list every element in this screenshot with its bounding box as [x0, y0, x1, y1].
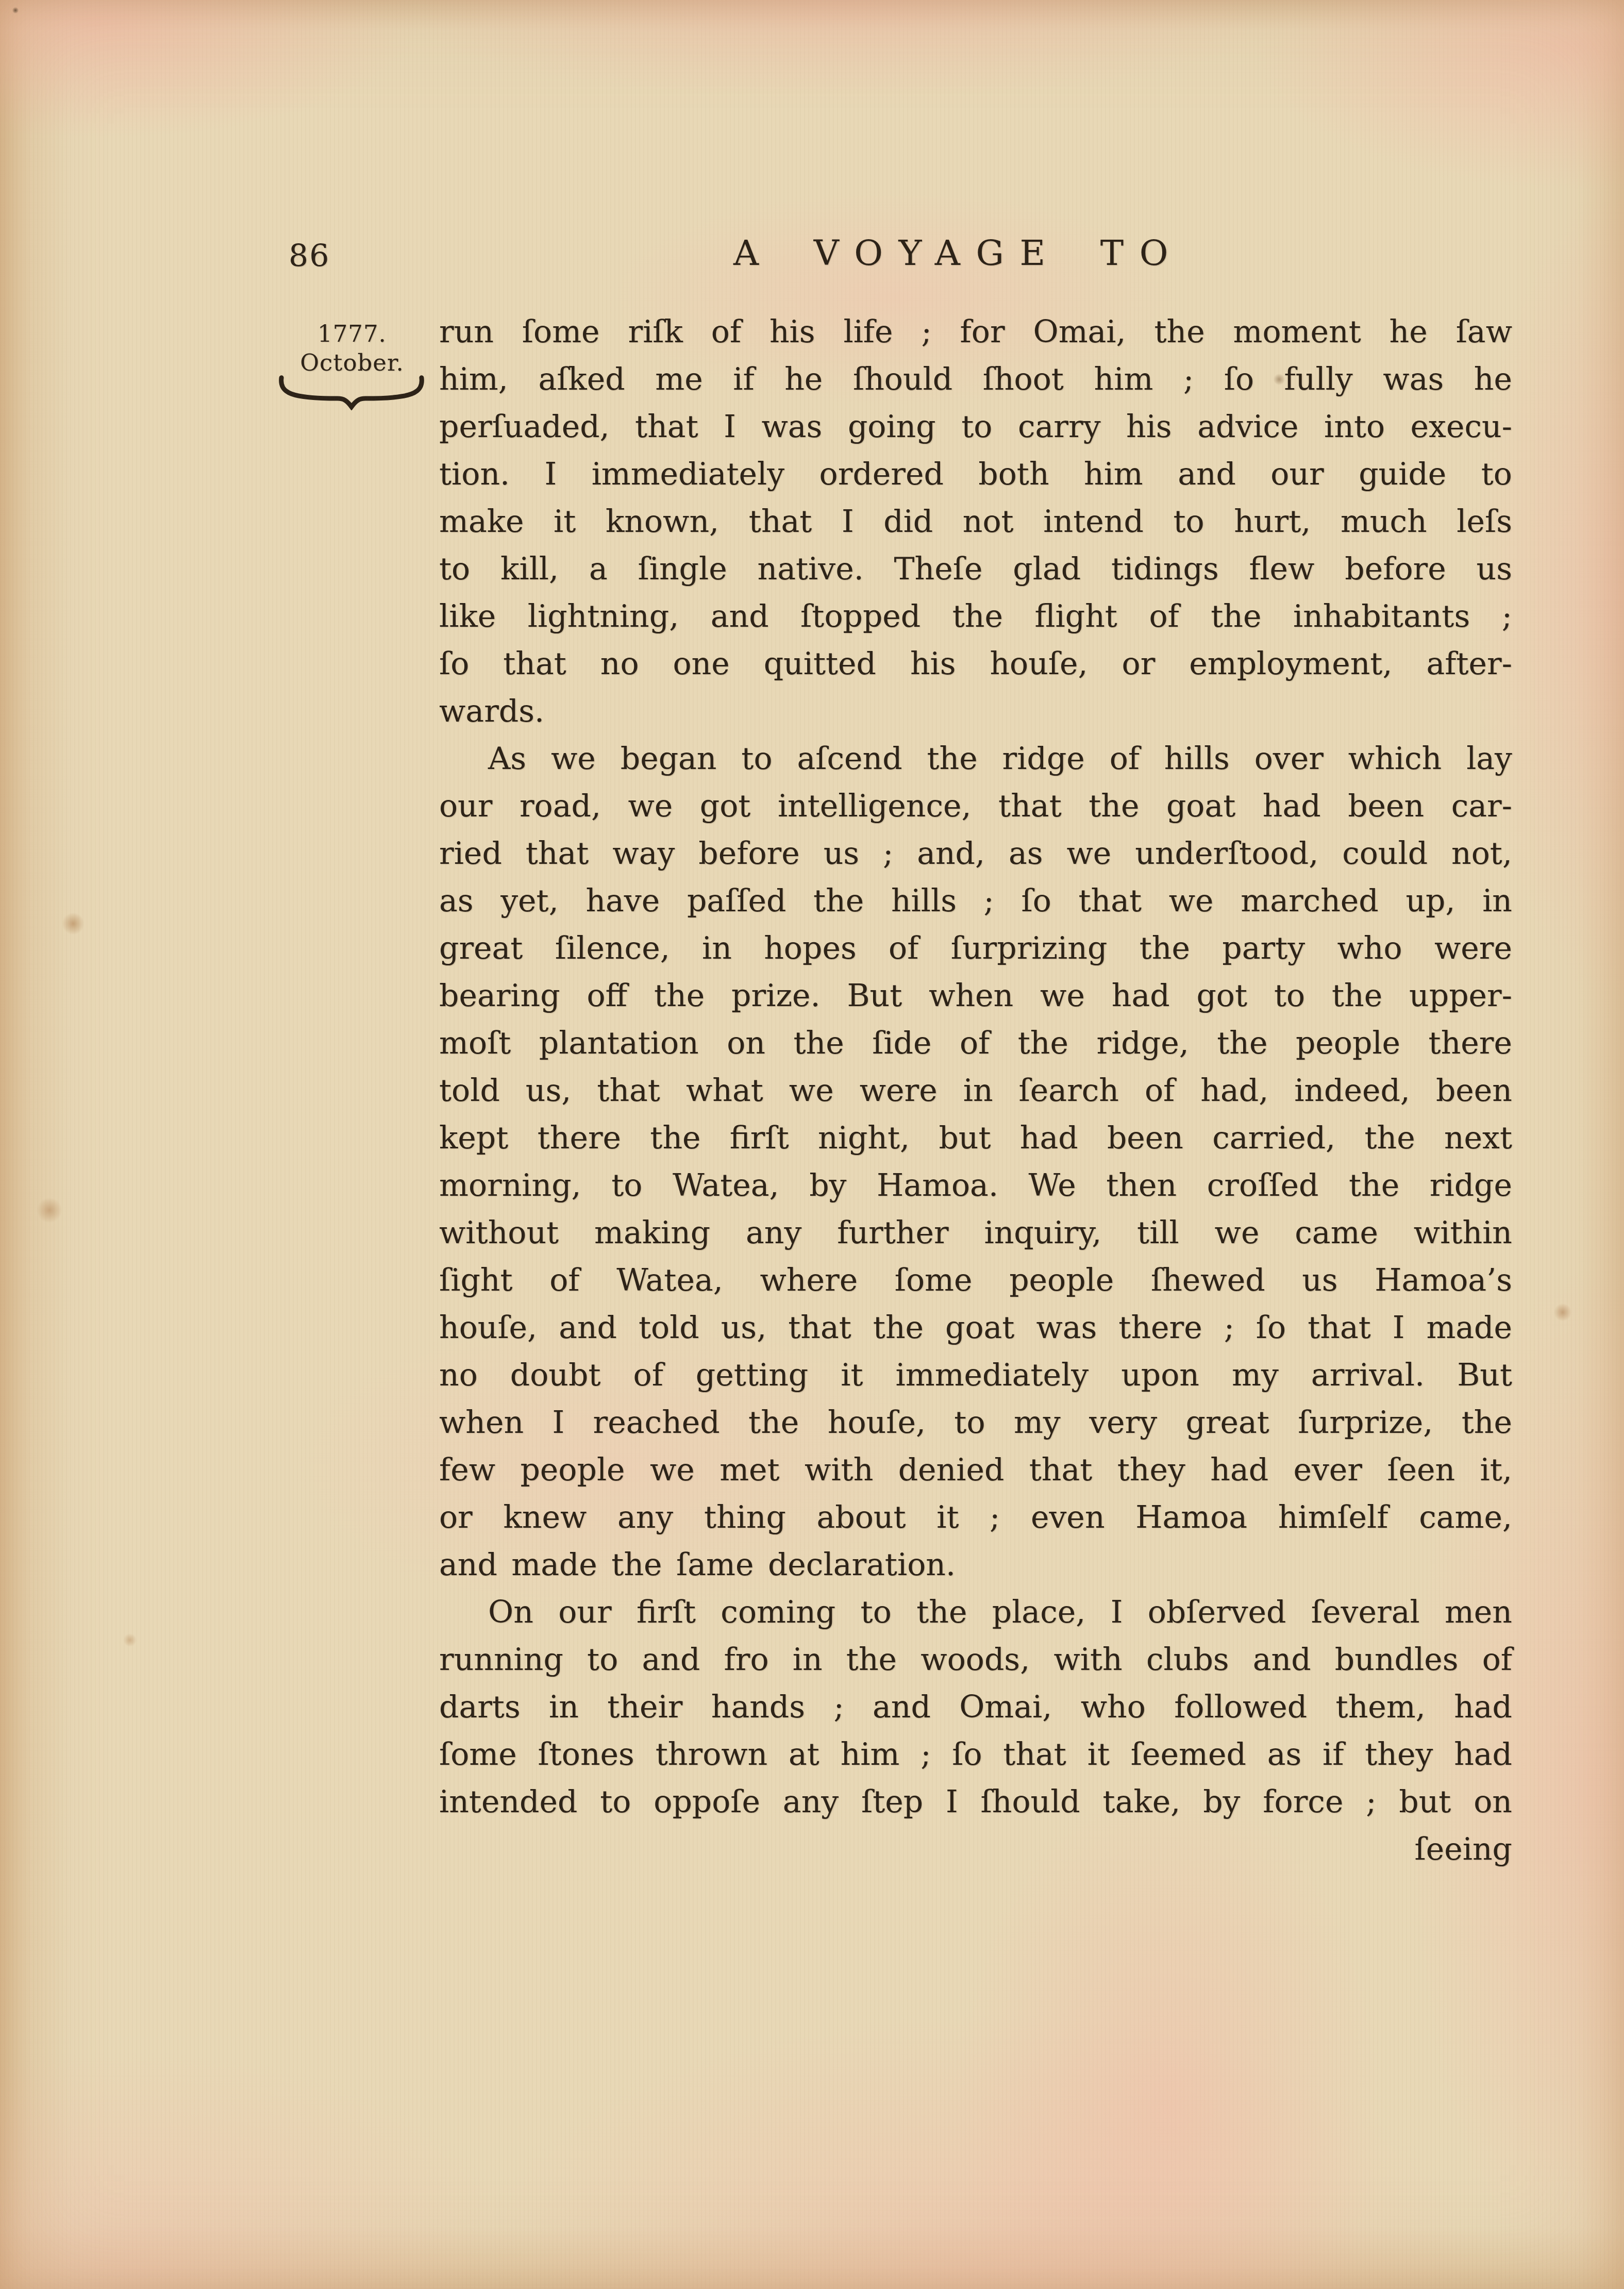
text-line: our road, we got intelligence, that the … — [439, 782, 1512, 830]
text-line: and made the ſame declaration. — [439, 1541, 1512, 1589]
text-line: ried that way before us ; and, as we und… — [439, 830, 1512, 877]
page-number: 86 — [289, 238, 330, 274]
text-line: no doubt of getting it immediately upon … — [439, 1351, 1512, 1399]
scanned-book-page: 86 A VOYAGE TO 1777. October. run ſome r… — [0, 0, 1624, 2289]
text-line: tion. I immediately ordered both him and… — [439, 450, 1512, 498]
catchword: ſeeing — [439, 1826, 1512, 1873]
text-line: when I reached the houſe, to my very gre… — [439, 1399, 1512, 1446]
text-line: intended to oppoſe any ſtep I ſhould tak… — [439, 1778, 1512, 1826]
text-line: as yet, have paſſed the hills ; ſo that … — [439, 877, 1512, 925]
text-line: great ſilence, in hopes of ſurprizing th… — [439, 925, 1512, 972]
text-line: running to and fro in the woods, with cl… — [439, 1636, 1512, 1683]
margin-note-year: 1777. — [282, 320, 422, 348]
margin-note: 1777. October. — [282, 320, 422, 377]
text-line: him, aſked me if he ſhould ſhoot him ; ſ… — [439, 356, 1512, 403]
text-line: moſt plantation on the ſide of the ridge… — [439, 1020, 1512, 1067]
text-line: run ſome riſk of his life ; for Omai, th… — [439, 308, 1512, 356]
text-line: ſight of Watea, where ſome people ſhewed… — [439, 1257, 1512, 1304]
text-line: wards. — [439, 688, 1512, 735]
text-line: few people we met with denied that they … — [439, 1446, 1512, 1494]
text-line: like lightning, and ſtopped the flight o… — [439, 593, 1512, 640]
text-line: told us, that what we were in ſearch of … — [439, 1067, 1512, 1114]
text-line: make it known, that I did not intend to … — [439, 498, 1512, 545]
running-header: A VOYAGE TO — [711, 233, 1206, 274]
text-line: darts in their hands ; and Omai, who fol… — [439, 1683, 1512, 1731]
text-line: or knew any thing about it ; even Hamoa … — [439, 1494, 1512, 1541]
body-text: run ſome riſk of his life ; for Omai, th… — [439, 308, 1512, 1873]
margin-note-brace-icon — [276, 373, 427, 410]
text-line: perſuaded, that I was going to carry his… — [439, 403, 1512, 450]
text-line: without making any further inquiry, till… — [439, 1209, 1512, 1257]
text-line: to kill, a ſingle native. Theſe glad tid… — [439, 545, 1512, 593]
text-line: ſome ſtones thrown at him ; ſo that it ſ… — [439, 1731, 1512, 1778]
text-line: ſo that no one quitted his houſe, or emp… — [439, 640, 1512, 688]
text-line: morning, to Watea, by Hamoa. We then cro… — [439, 1162, 1512, 1209]
text-line: bearing off the prize. But when we had g… — [439, 972, 1512, 1020]
text-line: On our firſt coming to the place, I obſe… — [439, 1589, 1512, 1636]
text-line: As we began to aſcend the ridge of hills… — [439, 735, 1512, 782]
text-line: houſe, and told us, that the goat was th… — [439, 1304, 1512, 1351]
text-line: kept there the firſt night, but had been… — [439, 1114, 1512, 1162]
